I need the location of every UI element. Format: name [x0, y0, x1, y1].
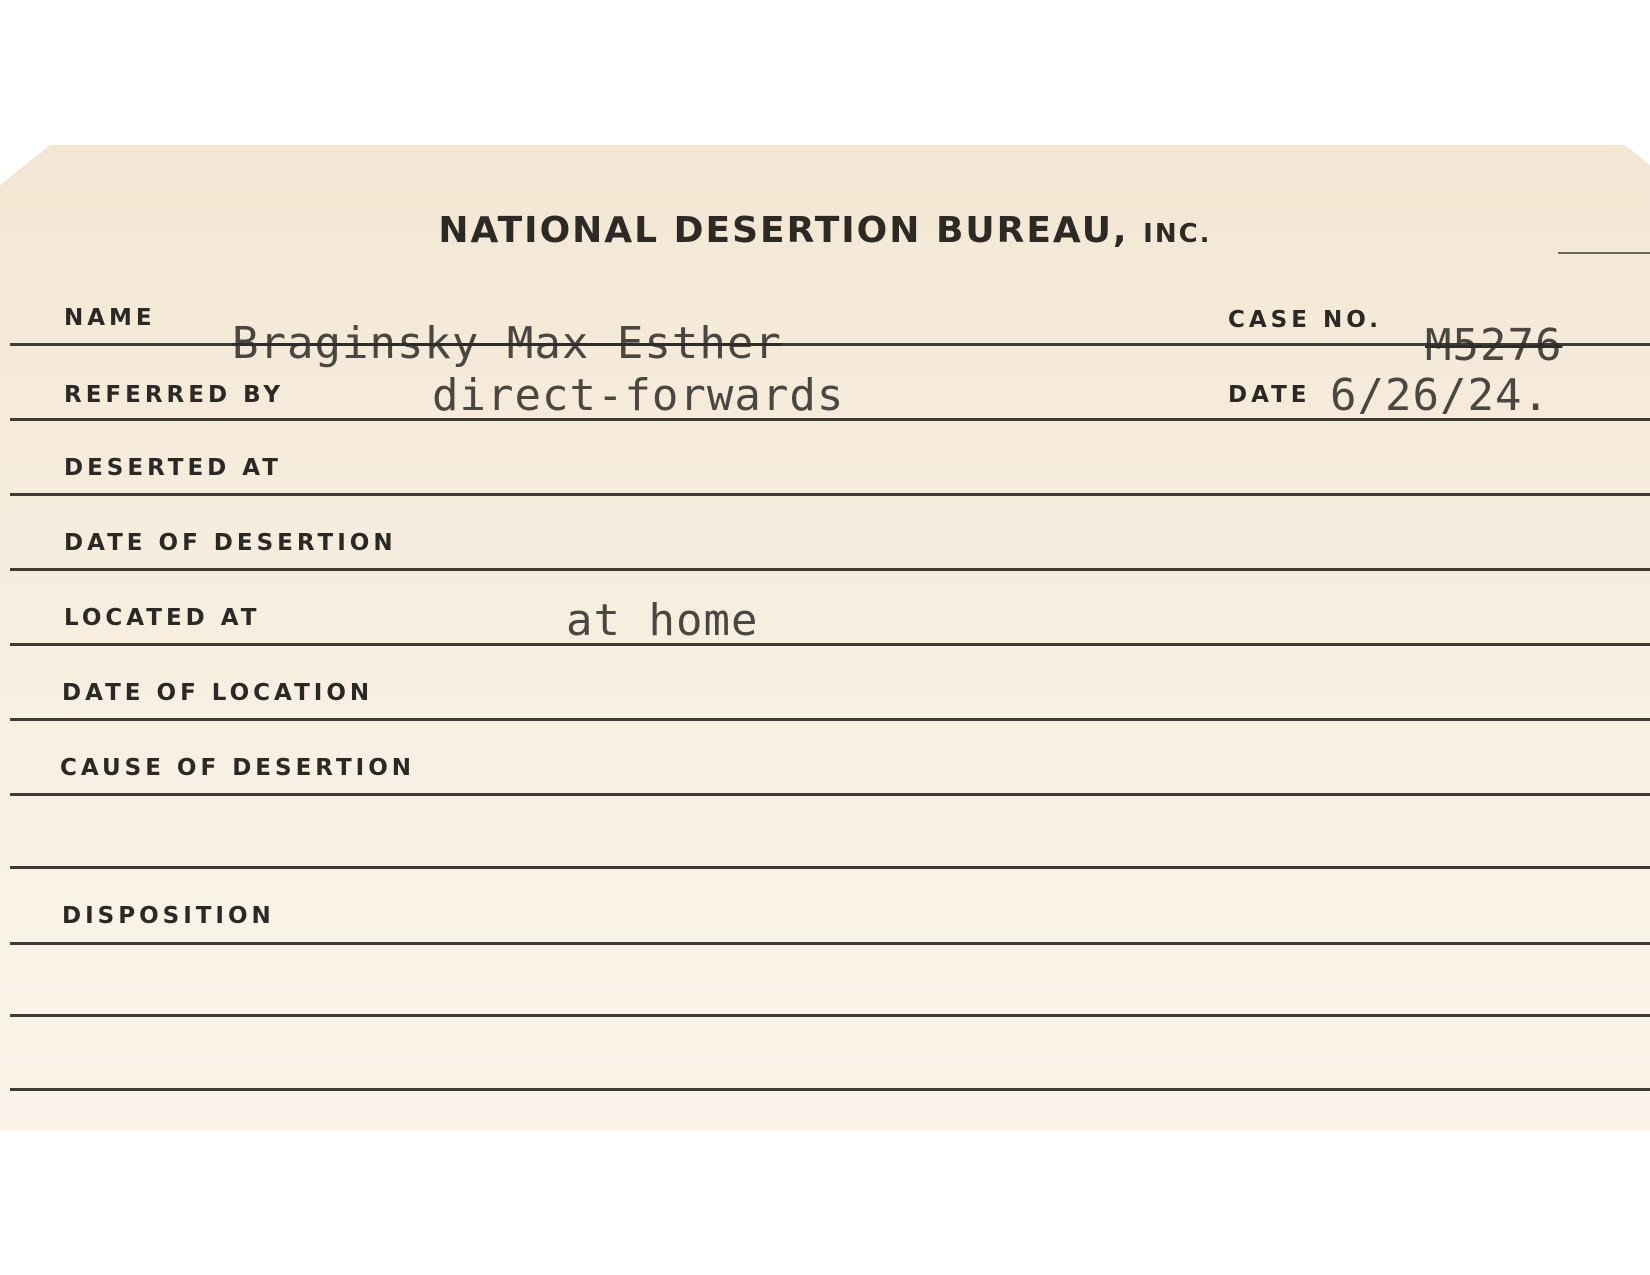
date-of-desertion-rule — [10, 568, 1650, 571]
name-rule — [10, 343, 1650, 346]
card-header: NATIONAL DESERTION BUREAU, INC. — [0, 210, 1650, 251]
disposition-rule-2 — [10, 1014, 1650, 1017]
organization-name: NATIONAL DESERTION BUREAU, — [438, 210, 1128, 251]
disposition-rule — [10, 942, 1650, 945]
date-of-desertion-label: DATE OF DESERTION — [64, 530, 397, 556]
cause-of-desertion-rule-2 — [10, 866, 1650, 869]
deserted-at-rule — [10, 493, 1650, 496]
referred-by-label: REFERRED BY — [64, 382, 284, 408]
date-of-location-rule — [10, 718, 1650, 721]
date-of-location-label: DATE OF LOCATION — [62, 680, 373, 706]
date-value: 6/26/24. — [1330, 370, 1550, 421]
date-label: DATE — [1228, 382, 1311, 408]
deserted-at-label: DESERTED AT — [64, 455, 282, 481]
organization-suffix: INC. — [1143, 219, 1211, 249]
disposition-rule-3 — [10, 1088, 1650, 1091]
cause-of-desertion-rule — [10, 793, 1650, 796]
name-label: NAME — [64, 305, 156, 331]
index-card — [0, 145, 1650, 1131]
cause-of-desertion-label: CAUSE OF DESERTION — [60, 755, 415, 781]
case-no-label: CASE NO. — [1228, 307, 1382, 333]
located-at-value: at home — [566, 595, 758, 646]
disposition-label: DISPOSITION — [62, 903, 275, 929]
referred-by-value: direct-forwards — [432, 370, 844, 421]
referred-by-rule — [10, 418, 1650, 421]
margin-mark — [1558, 252, 1650, 254]
located-at-label: LOCATED AT — [64, 605, 261, 631]
located-at-rule — [10, 643, 1650, 646]
